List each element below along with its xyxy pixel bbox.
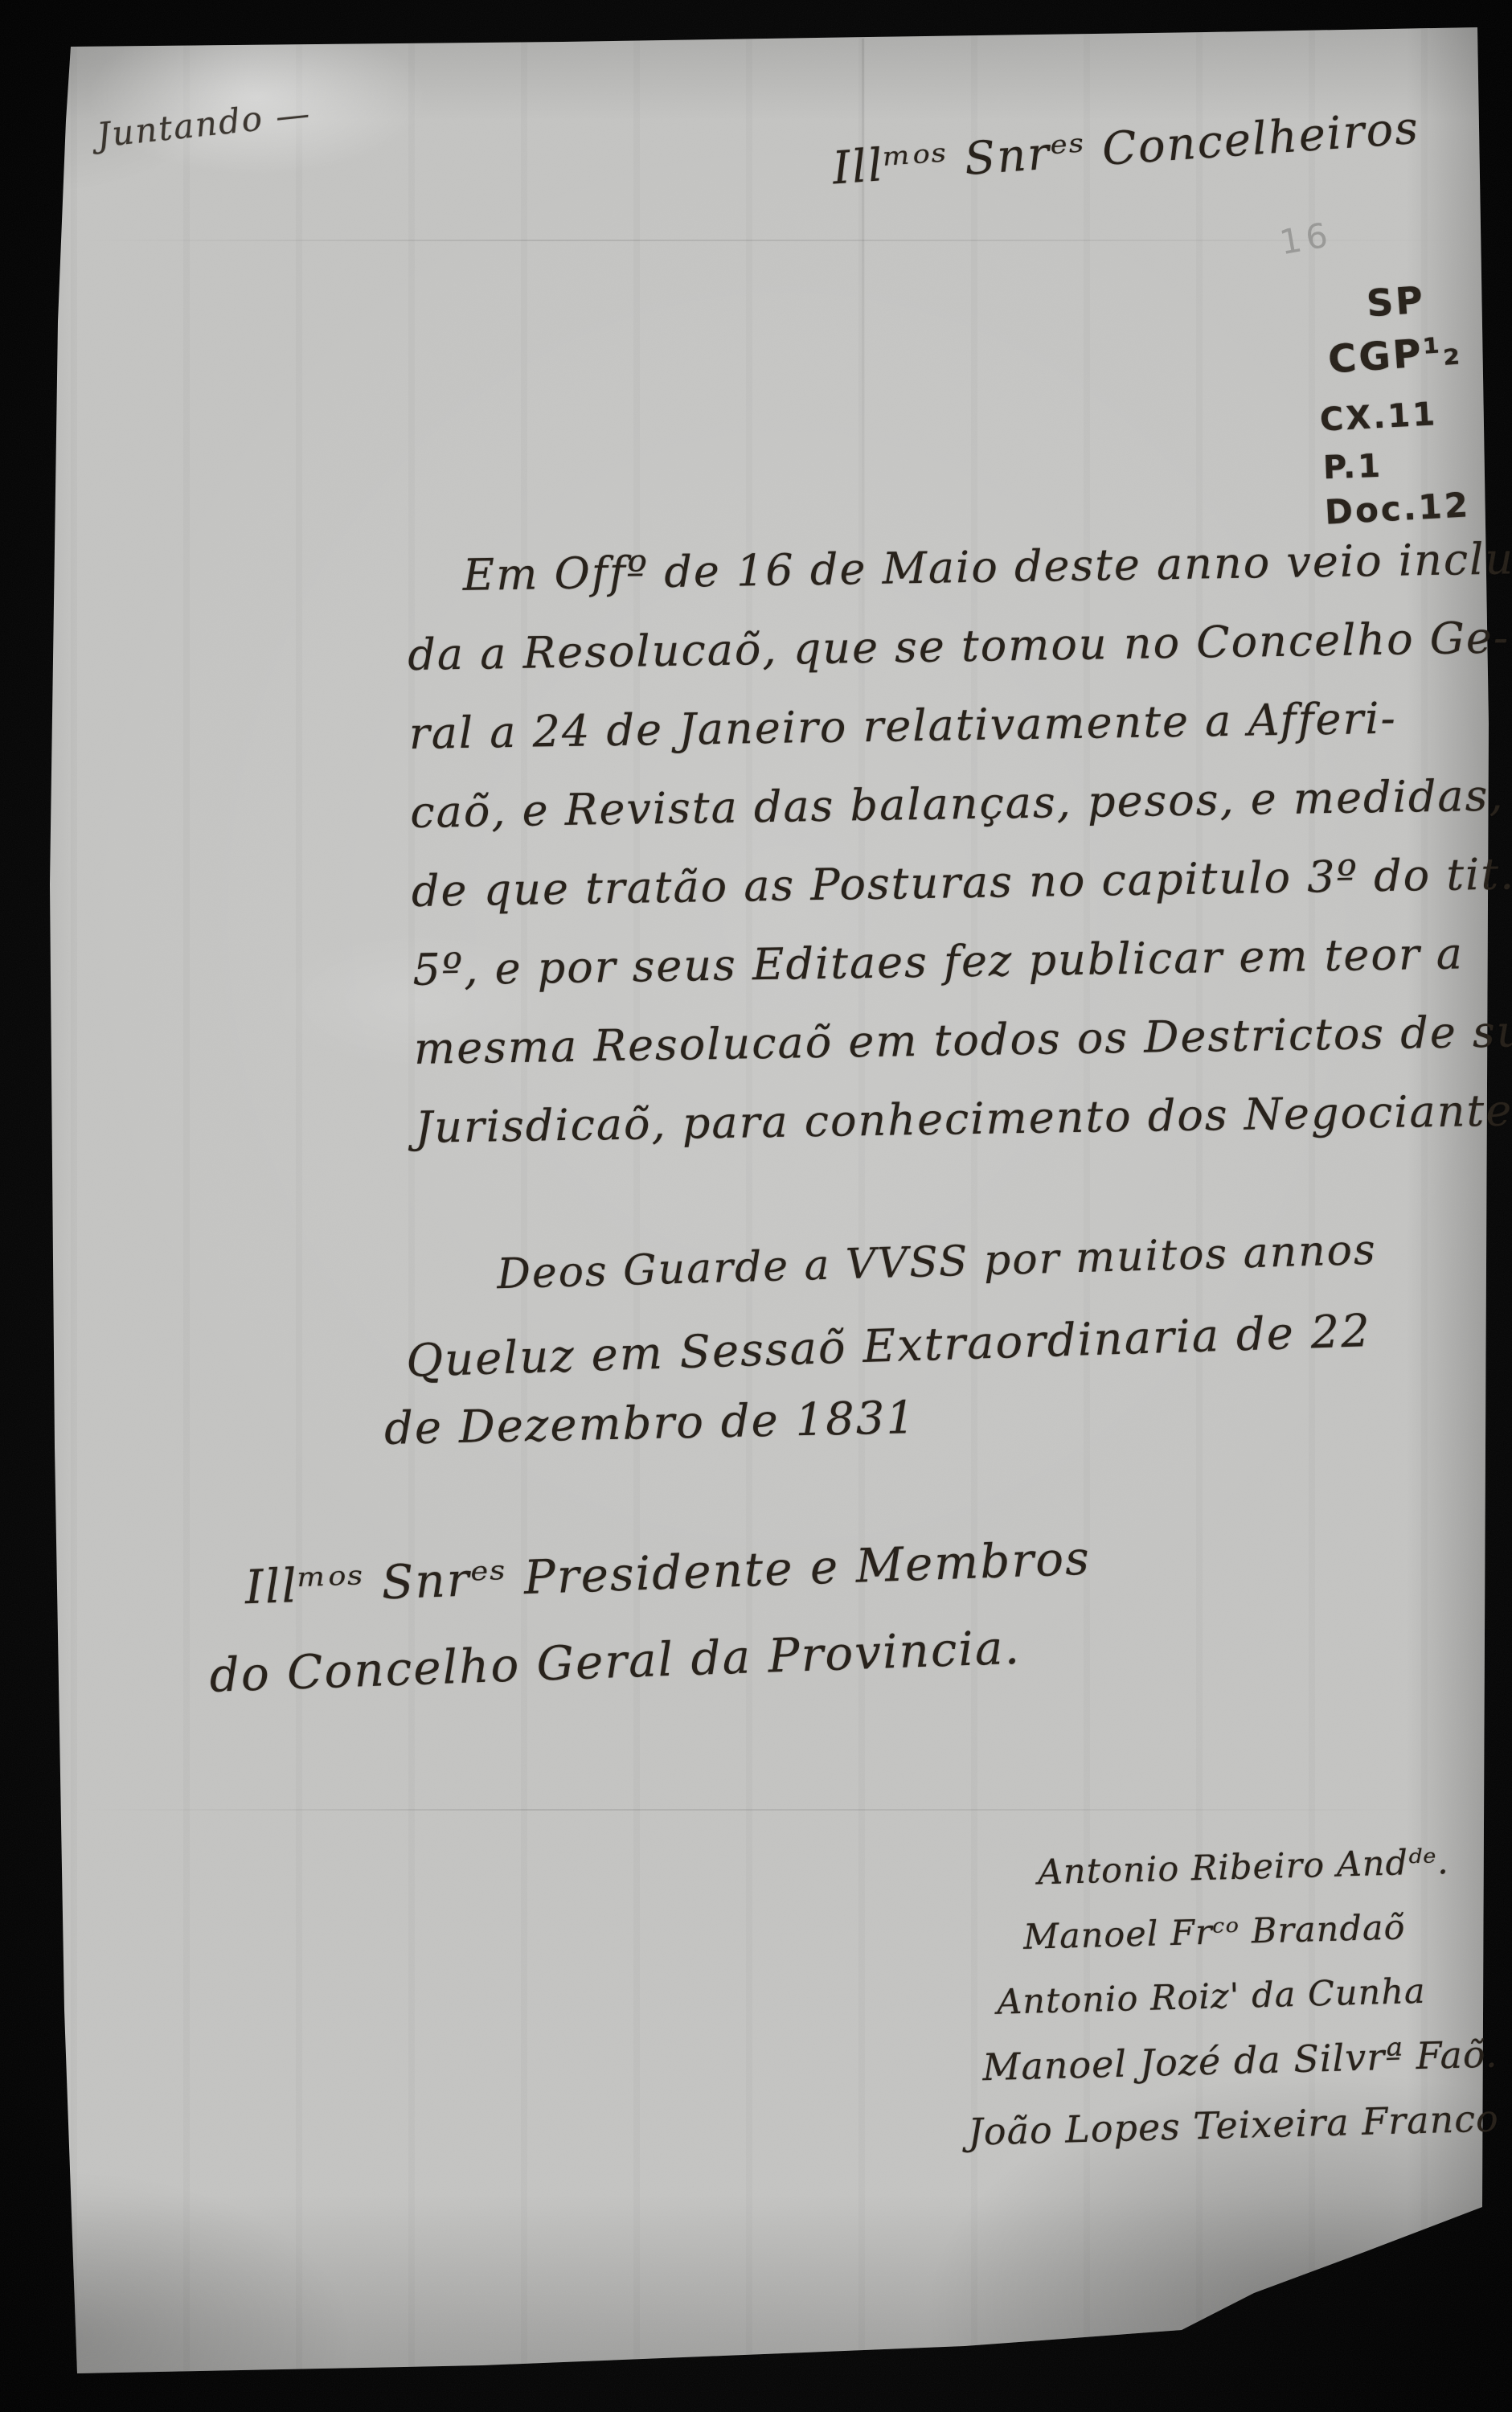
archival-reference-p: P.1 [1322, 448, 1383, 487]
archival-reference-cx: CX.11 [1319, 396, 1438, 439]
scanned-document: Juntando — Illᵐᵒˢ Snrᵉˢ Concelheiros 16 … [0, 0, 1512, 2412]
signature-block: Antonio Ribeiro Andᵈᵉ. Manoel Frᶜᵒ Brand… [957, 1829, 1500, 2164]
closing-line-year: de Dezembro de 1831 [383, 1392, 916, 1455]
archival-reference-sp: SP [1365, 278, 1426, 326]
address-block: Illᵐᵒˢ Snrᵉˢ Presidente e Membros do Con… [205, 1515, 1095, 1719]
archival-reference-cgp: CGP¹₂ [1326, 328, 1463, 383]
body-paragraph: Em Offº de 16 de Maio deste anno veio in… [406, 520, 1493, 1167]
